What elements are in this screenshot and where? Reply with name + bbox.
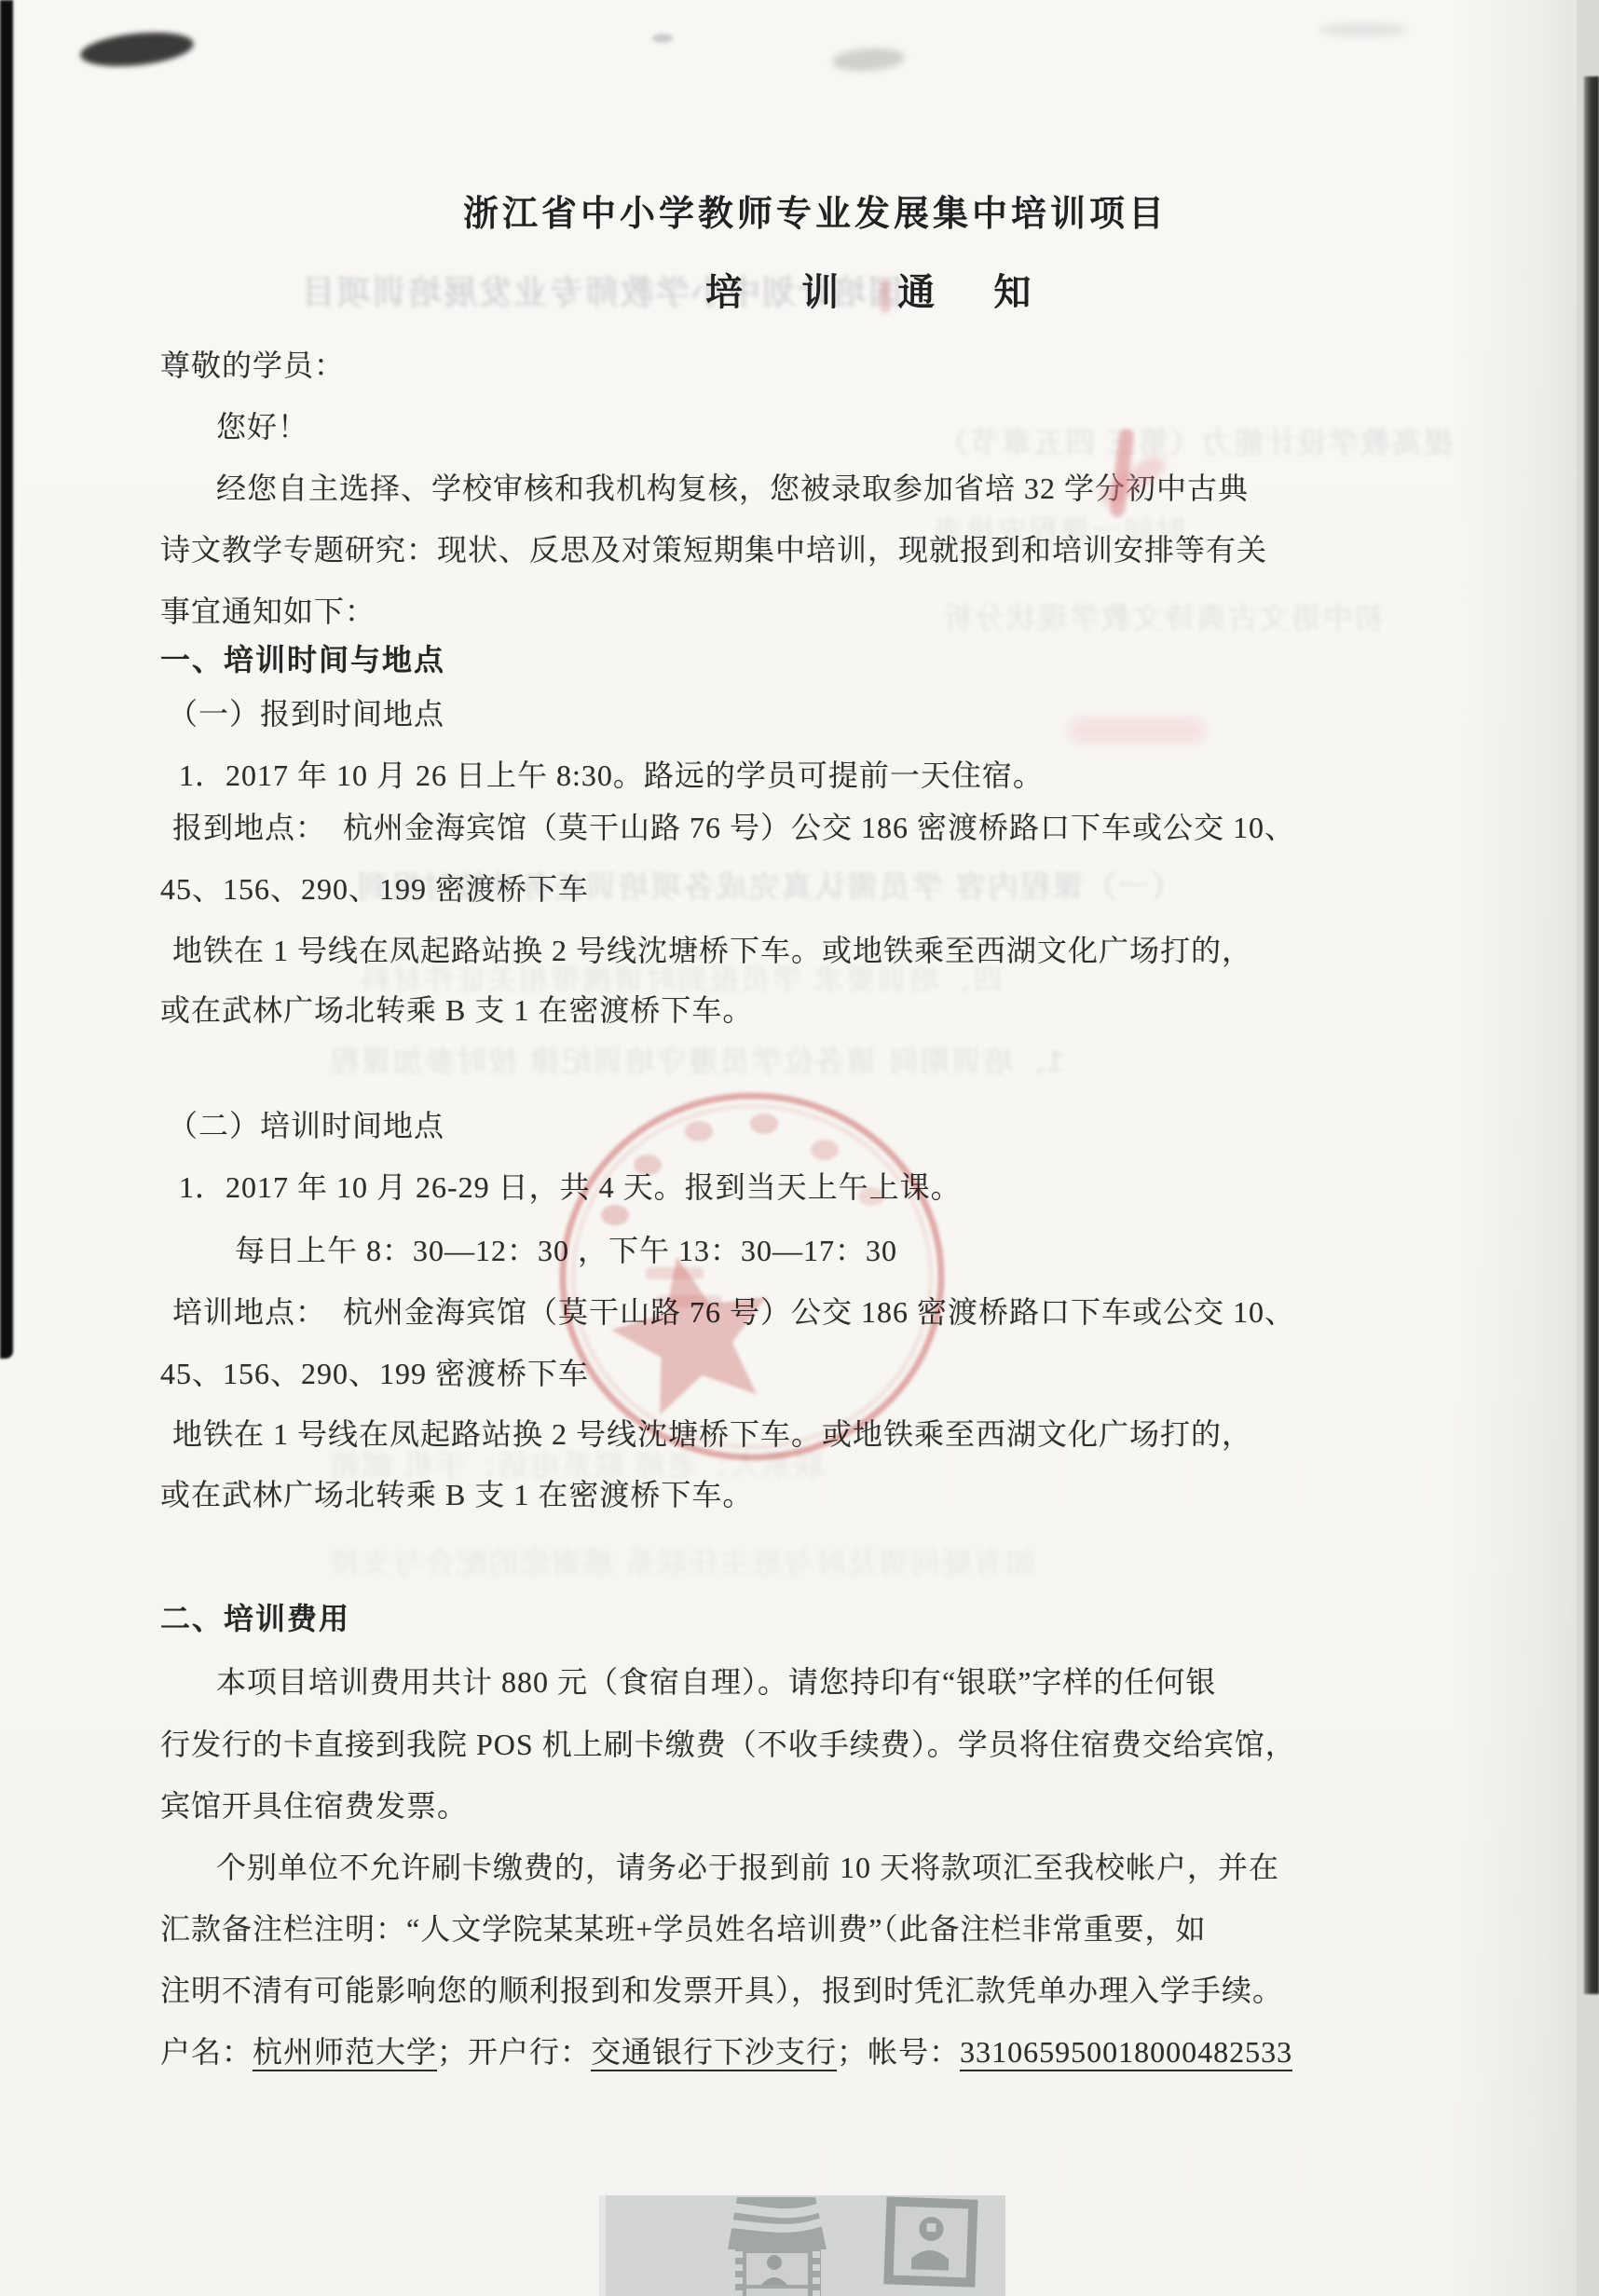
scanned-photo-bleed	[599, 2195, 1005, 2296]
red-ink-smudge	[880, 280, 891, 313]
scanned-document-page: 国培计划中小学教师专业发展培训项目提高教学设计能力（第三 四五章节）时间一课程安…	[0, 0, 1599, 2296]
doc-text-line: 地铁在 1 号线在凤起路站换 2 号线沈塘桥下车。或地铁乘至西湖文化广场打的，	[172, 932, 1252, 969]
bleedthrough-text: 提高教学设计能力（第三 四五章节）	[936, 419, 1454, 462]
ink-smudge	[79, 28, 196, 72]
bleedthrough-text: 如有疑问请及时与班主任联系 感谢您的配合与支持	[328, 1539, 1035, 1582]
doc-text-line: 45、156、290、199 密渡桥下车	[160, 1355, 589, 1392]
doc-text-line: 1．2017 年 10 月 26 日上午 8:30。路远的学员可提前一天住宿。	[179, 757, 1044, 794]
doc-text-line: （二）培训时间地点	[168, 1107, 444, 1144]
doc-text-line: 汇款备注栏注明：“人文学院某某班+学员姓名培训费”（此备注栏非常重要，如	[160, 1910, 1206, 1947]
doc-text: 户名：	[160, 2035, 253, 2069]
doc-text-line: 宾馆开具住宿费发票。	[160, 1787, 468, 1824]
doc-text-line: 或在武林广场北转乘 B 支 1 在密渡桥下车。	[160, 1476, 753, 1513]
scan-edge-left	[0, 0, 13, 1359]
underlined-value: 331065950018000482533	[960, 2035, 1292, 2071]
doc-text-line: 本项目培训费用共计 880 元（食宿自理）。请您持印有“银联”字样的任何银	[216, 1663, 1216, 1701]
underlined-value: 交通银行下沙支行	[591, 2035, 837, 2071]
red-ink-smudge	[1067, 717, 1207, 744]
doc-text-line: 您好！	[216, 408, 308, 445]
section-heading: 一、培训时间与地点	[160, 641, 445, 678]
doc-text-line: 或在武林广场北转乘 B 支 1 在密渡桥下车。	[160, 991, 753, 1029]
doc-text-line: 诗文教学专题研究：现状、反思及对策短期集中培训，现就报到和培训安排等有关	[160, 531, 1267, 568]
document-title: 浙江省中小学教师专业发展集中培训项目	[463, 184, 1168, 236]
film-frames	[735, 2251, 820, 2296]
doc-text-line: 尊敬的学员：	[160, 347, 345, 384]
scan-edge-right	[1584, 76, 1599, 1994]
section-heading: 二、培训费用	[160, 1600, 350, 1637]
doc-text-line: 注明不清有可能影响您的顺利报到和发票开具），报到时凭汇款凭单办理入学手续。	[160, 1972, 1283, 2009]
doc-text-line: 经您自主选择、学校审核和我机构复核，您被录取参加省培 32 学分初中古典	[216, 470, 1249, 507]
bleedthrough-text: 初中语文古典诗文教学现状分析	[941, 594, 1385, 637]
ink-smudge	[831, 46, 905, 73]
doc-text: ；帐号：	[837, 2035, 960, 2069]
doc-text-line: 个别单位不允许刷卡缴费的，请务必于报到前 10 天将款项汇至我校帐户，并在	[216, 1849, 1279, 1886]
ink-smudge	[1319, 22, 1407, 37]
doc-text-line: 户名：杭州师范大学；开户行：交通银行下沙支行；帐号：33106595001800…	[160, 2033, 1292, 2070]
doc-text-line: 报到地点： 杭州金海宾馆（莫干山路 76 号）公交 186 密渡桥路口下车或公交…	[172, 809, 1295, 846]
underlined-value: 杭州师范大学	[253, 2035, 437, 2071]
doc-text-line: 45、156、290、199 密渡桥下车	[160, 870, 589, 908]
doc-text-line: 行发行的卡直接到我院 POS 机上刷卡缴费（不收手续费）。学员将住宿费交给宾馆，	[160, 1726, 1296, 1763]
doc-text: ；开户行：	[437, 2035, 591, 2069]
doc-text-line: 事宜通知如下：	[160, 593, 376, 630]
doc-text-line: （一）报到时间地点	[168, 695, 444, 732]
portrait-photo-icon	[888, 2201, 973, 2282]
red-stamp-seal	[536, 1073, 969, 1480]
ink-smudge	[652, 34, 673, 43]
